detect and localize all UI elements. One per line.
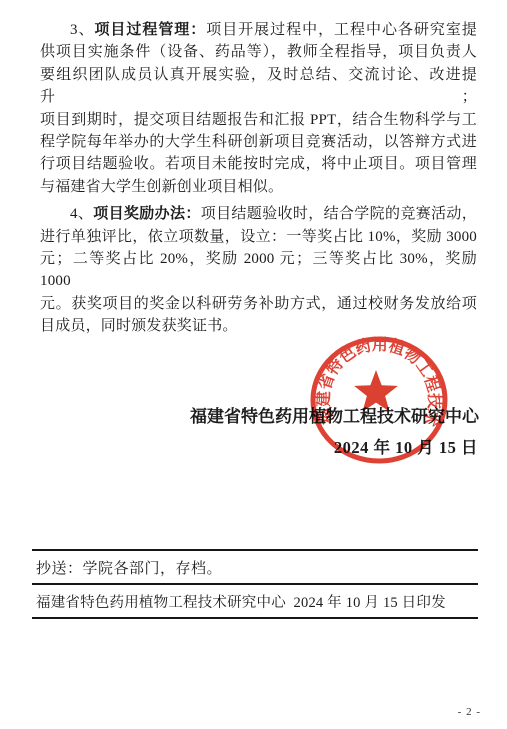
text-line: 4、项目奖励办法：项目结题验收时，结合学院的竞赛活动， [40,203,477,225]
text-line: 项目到期时，提交项目结题报告和汇报 PPT，结合生物科学与工 [40,109,477,131]
document-page: 3、项目过程管理：项目开展过程中，工程中心各研究室提供项目实施条件（设备、药品等… [0,0,507,729]
text-line: 要组织团队成员认真开展实验，及时总结、交流讨论、改进提升； [40,64,477,109]
text-line: 程学院每年举办的大学生科研创新项目竞赛活动，以答辩方式进 [40,131,477,153]
seal-star-icon [354,370,398,412]
page-number: - 2 - [458,706,481,718]
document-body: 3、项目过程管理：项目开展过程中，工程中心各研究室提供项目实施条件（设备、药品等… [40,19,477,338]
text-line: 元。获奖项目的奖金以科研劳务补助方式，通过校财务发放给项 [40,293,477,315]
text-line: 行项目结题验收。若项目未能按时完成，将中止项目。项目管理 [40,153,477,175]
footer-issue-line: 福建省特色药用植物工程技术研究中心 2024 年 10 月 15 日印发 [32,585,478,617]
text-line: 供项目实施条件（设备、药品等），教师全程指导，项目负责人 [40,41,477,63]
text-line: 与福建省大学生创新创业项目相似。 [40,176,477,198]
paragraph: 4、项目奖励办法：项目结题验收时，结合学院的竞赛活动，进行单独评比，依立项数量，… [40,203,477,337]
footer-rule-bottom [32,617,478,619]
official-seal: 福建省特色药用植物工程技术研究中心 [306,332,452,468]
text-line: 进行单独评比，依立项数量，设立：一等奖占比 10%，奖励 3000 [40,226,477,248]
paragraph: 3、项目过程管理：项目开展过程中，工程中心各研究室提供项目实施条件（设备、药品等… [40,19,477,198]
document-footer: 抄送：学院各部门，存档。 福建省特色药用植物工程技术研究中心 2024 年 10… [32,549,478,619]
footer-cc-line: 抄送：学院各部门，存档。 [32,551,478,583]
text-line: 3、项目过程管理：项目开展过程中，工程中心各研究室提 [40,19,477,41]
text-line: 元；二等奖占比 20%，奖励 2000 元；三等奖占比 30%，奖励 1000 [40,248,477,293]
